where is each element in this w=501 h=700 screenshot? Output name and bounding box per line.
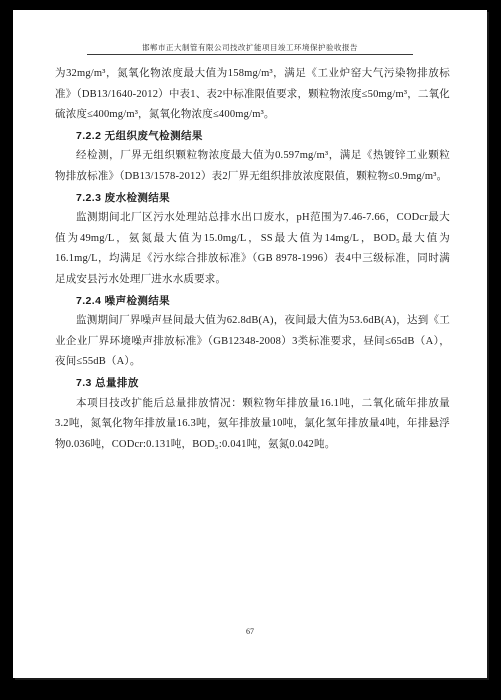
scan-background: 邯郸市正大制管有限公司技改扩能项目竣工环境保护验收报告 为32mg/m³，氮氧化… bbox=[0, 0, 501, 700]
paragraph-noise-results: 监测期间厂界噪声昼间最大值为62.8dB(A)，夜间最大值为53.6dB(A)，… bbox=[55, 311, 450, 373]
paragraph-fugitive-emission-results: 经检测，厂界无组织颗粒物浓度最大值为0.597mg/m³，满足《热镀锌工业颗粒物… bbox=[55, 146, 450, 187]
paragraph-total-emission: 本项目技改扩能后总量排放情况：颗粒物年排放量16.1吨，二氧化硫年排放量3.2吨… bbox=[55, 394, 450, 456]
header-rule bbox=[87, 54, 413, 55]
section-heading-7-2-3: 7.2.3 废水检测结果 bbox=[55, 188, 450, 209]
paragraph-air-emission-results: 为32mg/m³，氮氧化物浓度最大值为158mg/m³，满足《工业炉窑大气污染物… bbox=[55, 64, 450, 126]
document-body: 为32mg/m³，氮氧化物浓度最大值为158mg/m³，满足《工业炉窑大气污染物… bbox=[55, 64, 450, 455]
report-page: 邯郸市正大制管有限公司技改扩能项目竣工环境保护验收报告 为32mg/m³，氮氧化… bbox=[13, 10, 487, 678]
page-number: 67 bbox=[13, 627, 487, 636]
section-heading-7-2-2: 7.2.2 无组织废气检测结果 bbox=[55, 126, 450, 147]
paragraph-wastewater-results: 监测期间北厂区污水处理站总排水出口废水，pH范围为7.46-7.66，CODcr… bbox=[55, 208, 450, 290]
running-header-title: 邯郸市正大制管有限公司技改扩能项目竣工环境保护验收报告 bbox=[142, 43, 358, 52]
section-heading-7-3: 7.3 总量排放 bbox=[55, 373, 450, 394]
page-header: 邯郸市正大制管有限公司技改扩能项目竣工环境保护验收报告 bbox=[13, 10, 487, 55]
section-heading-7-2-4: 7.2.4 噪声检测结果 bbox=[55, 291, 450, 312]
